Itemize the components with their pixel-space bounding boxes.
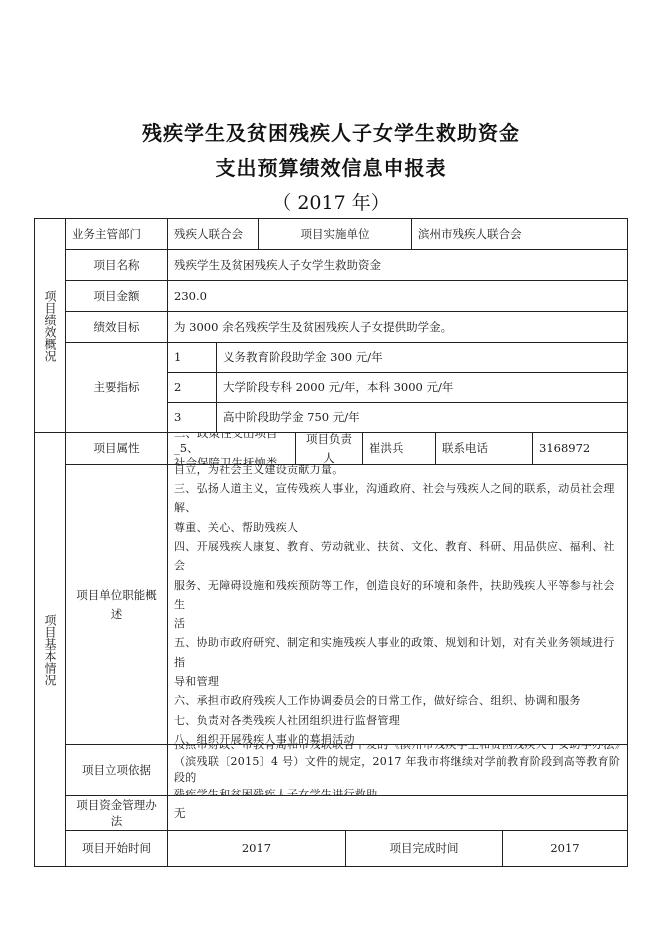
duty-line: 五、协助市政府研究、制定和实施残疾人事业的政策、规划和计划，对有关业务领域进行指 [174, 633, 621, 672]
indicator-index: 2 [167, 372, 217, 403]
dept-label: 业务主管部门 [65, 218, 168, 250]
indicator-text: 高中阶段助学金 750 元/年 [216, 402, 628, 433]
attr-value-line: 二、政策性支出项目_5、 [174, 432, 289, 456]
duty-line: 六、承担市政府残疾人工作协调委员会的日常工作，做好综合、组织、协调和服务 [174, 691, 581, 710]
duty-line: 三、弘扬人道主义，宣传残疾人事业，沟通政府、社会与残疾人之间的联系，动员社会理解… [174, 479, 621, 518]
duty-line: 导和管理 [174, 672, 219, 691]
basis-text: 按照市财政、市教育局和市残联联合下发的《滨州市残疾学生和贫困残疾人子女助学办法》… [167, 744, 628, 796]
basis-line: 按照市财政、市教育局和市残联联合下发的《滨州市残疾学生和贫困残疾人子女助学办法》 [174, 744, 621, 754]
document-year: （ 2017 年） [0, 188, 662, 215]
impl-label: 项目实施单位 [258, 218, 412, 250]
start-label: 项目开始时间 [65, 830, 168, 867]
duty-line: 自立，为社会主义建设贡献力量。 [174, 464, 344, 479]
section-label-performance: 项目绩效概况 [34, 218, 66, 433]
owner-value: 崔洪兵 [362, 432, 436, 465]
fund-mgmt-value: 无 [167, 795, 628, 831]
impl-value: 滨州市残疾人联合会 [411, 218, 628, 250]
attr-label: 项目属性 [65, 432, 168, 465]
indicator-text: 义务教育阶段助学金 300 元/年 [216, 342, 628, 373]
duties-text: 一、听取残疾人意见，反映残疾人需求，维护残疾人权益，为残疾人服务 二、团结、教育… [167, 464, 628, 745]
name-label: 项目名称 [65, 249, 168, 281]
duties-label: 项目单位职能概述 [65, 464, 168, 745]
indicator-index: 1 [167, 342, 217, 373]
goal-value: 为 3000 余名残疾学生及贫困残疾人子女提供助学金。 [167, 311, 628, 343]
amount-value: 230.0 [167, 280, 628, 312]
duty-line: 七、负责对各类残疾人社团组织进行监督管理 [174, 711, 400, 730]
indicator-index: 3 [167, 402, 217, 433]
phone-value: 3168972 [532, 432, 628, 465]
duty-line: 活 [174, 614, 185, 633]
document-title: 残疾学生及贫困残疾人子女学生救助资金 [0, 117, 662, 146]
owner-label: 项目负责人 [295, 432, 363, 465]
duty-line: 尊重、关心、帮助残疾人 [174, 518, 298, 537]
duty-line: 四、开展残疾人康复、教育、劳动就业、扶贫、文化、教育、科研、用品供应、福利、社会 [174, 537, 621, 576]
end-label: 项目完成时间 [345, 830, 503, 867]
fund-mgmt-label: 项目资金管理办法 [65, 795, 168, 831]
start-value: 2017 [167, 830, 346, 867]
basis-line: （滨残联〔2015〕4 号）文件的规定，2017 年我市将继续对学前教育阶段到高… [174, 754, 621, 787]
duty-line: 八、组织开展残疾人事业的募捐活动 [174, 730, 355, 745]
duty-line: 服务、无障碍设施和残疾预防等工作，创造良好的环境和条件，扶助残疾人平等参与社会生 [174, 576, 621, 615]
goal-label: 绩效目标 [65, 311, 168, 343]
end-value: 2017 [502, 830, 628, 867]
attr-value: 二、政策性支出项目_5、 社会保障卫生抚恤类 [167, 432, 296, 465]
phone-label: 联系电话 [435, 432, 533, 465]
indicator-text: 大学阶段专科 2000 元/年，本科 3000 元/年 [216, 372, 628, 403]
indicators-label: 主要指标 [65, 342, 168, 433]
name-value: 残疾学生及贫困残疾人子女学生救助资金 [167, 249, 628, 281]
document-subtitle: 支出预算绩效信息申报表 [0, 152, 662, 181]
basis-label: 项目立项依据 [65, 744, 168, 796]
amount-label: 项目金额 [65, 280, 168, 312]
dept-value: 残疾人联合会 [167, 218, 259, 250]
section-label-basic-info: 项目基本情况 [34, 432, 66, 867]
